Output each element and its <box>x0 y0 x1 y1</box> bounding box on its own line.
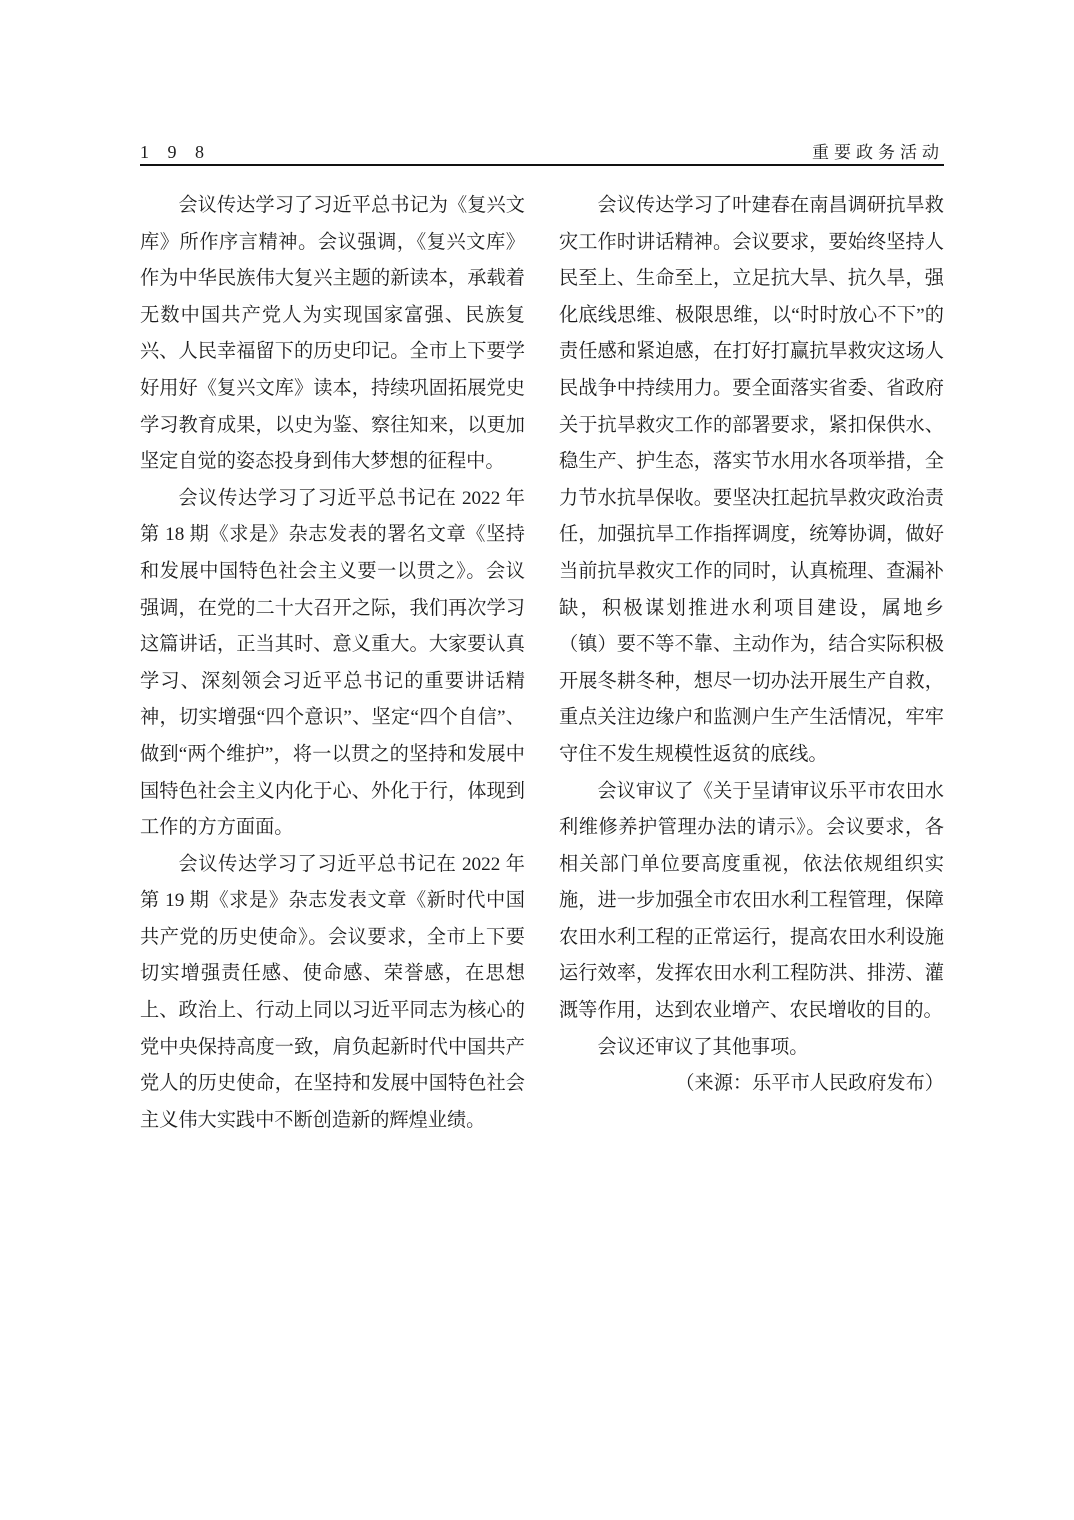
source-attribution: （来源：乐平市人民政府发布） <box>559 1066 944 1103</box>
left-column: 会议传达学习了习近平总书记为《复兴文库》所作序言精神。会议强调，《复兴文库》作为… <box>140 188 525 1139</box>
page-body: 会议传达学习了习近平总书记为《复兴文库》所作序言精神。会议强调，《复兴文库》作为… <box>140 188 944 1139</box>
paragraph-qiushi-issue18: 会议传达学习了习近平总书记在 2022 年第 18 期《求是》杂志发表的署名文章… <box>140 481 525 847</box>
right-column: 会议传达学习了叶建春在南昌调研抗旱救灾工作时讲话精神。会议要求，要始终坚持人民至… <box>559 188 944 1139</box>
paragraph-qiushi-issue19: 会议传达学习了习近平总书记在 2022 年第 19 期《求是》杂志发表文章《新时… <box>140 847 525 1140</box>
header-rule <box>140 164 944 166</box>
document-page: 1 9 8 重要政务活动 会议传达学习了习近平总书记为《复兴文库》所作序言精神。… <box>0 0 1074 1520</box>
section-title: 重要政务活动 <box>812 138 944 163</box>
paragraph-other-matters: 会议还审议了其他事项。 <box>559 1030 944 1067</box>
paragraph-fuxing-wenku: 会议传达学习了习近平总书记为《复兴文库》所作序言精神。会议强调，《复兴文库》作为… <box>140 188 525 481</box>
page-number: 1 9 8 <box>140 142 211 163</box>
running-header: 1 9 8 重要政务活动 <box>140 138 944 163</box>
paragraph-farmland-water: 会议审议了《关于呈请审议乐平市农田水利维修养护管理办法的请示》。会议要求，各相关… <box>559 774 944 1030</box>
paragraph-drought-relief: 会议传达学习了叶建春在南昌调研抗旱救灾工作时讲话精神。会议要求，要始终坚持人民至… <box>559 188 944 774</box>
